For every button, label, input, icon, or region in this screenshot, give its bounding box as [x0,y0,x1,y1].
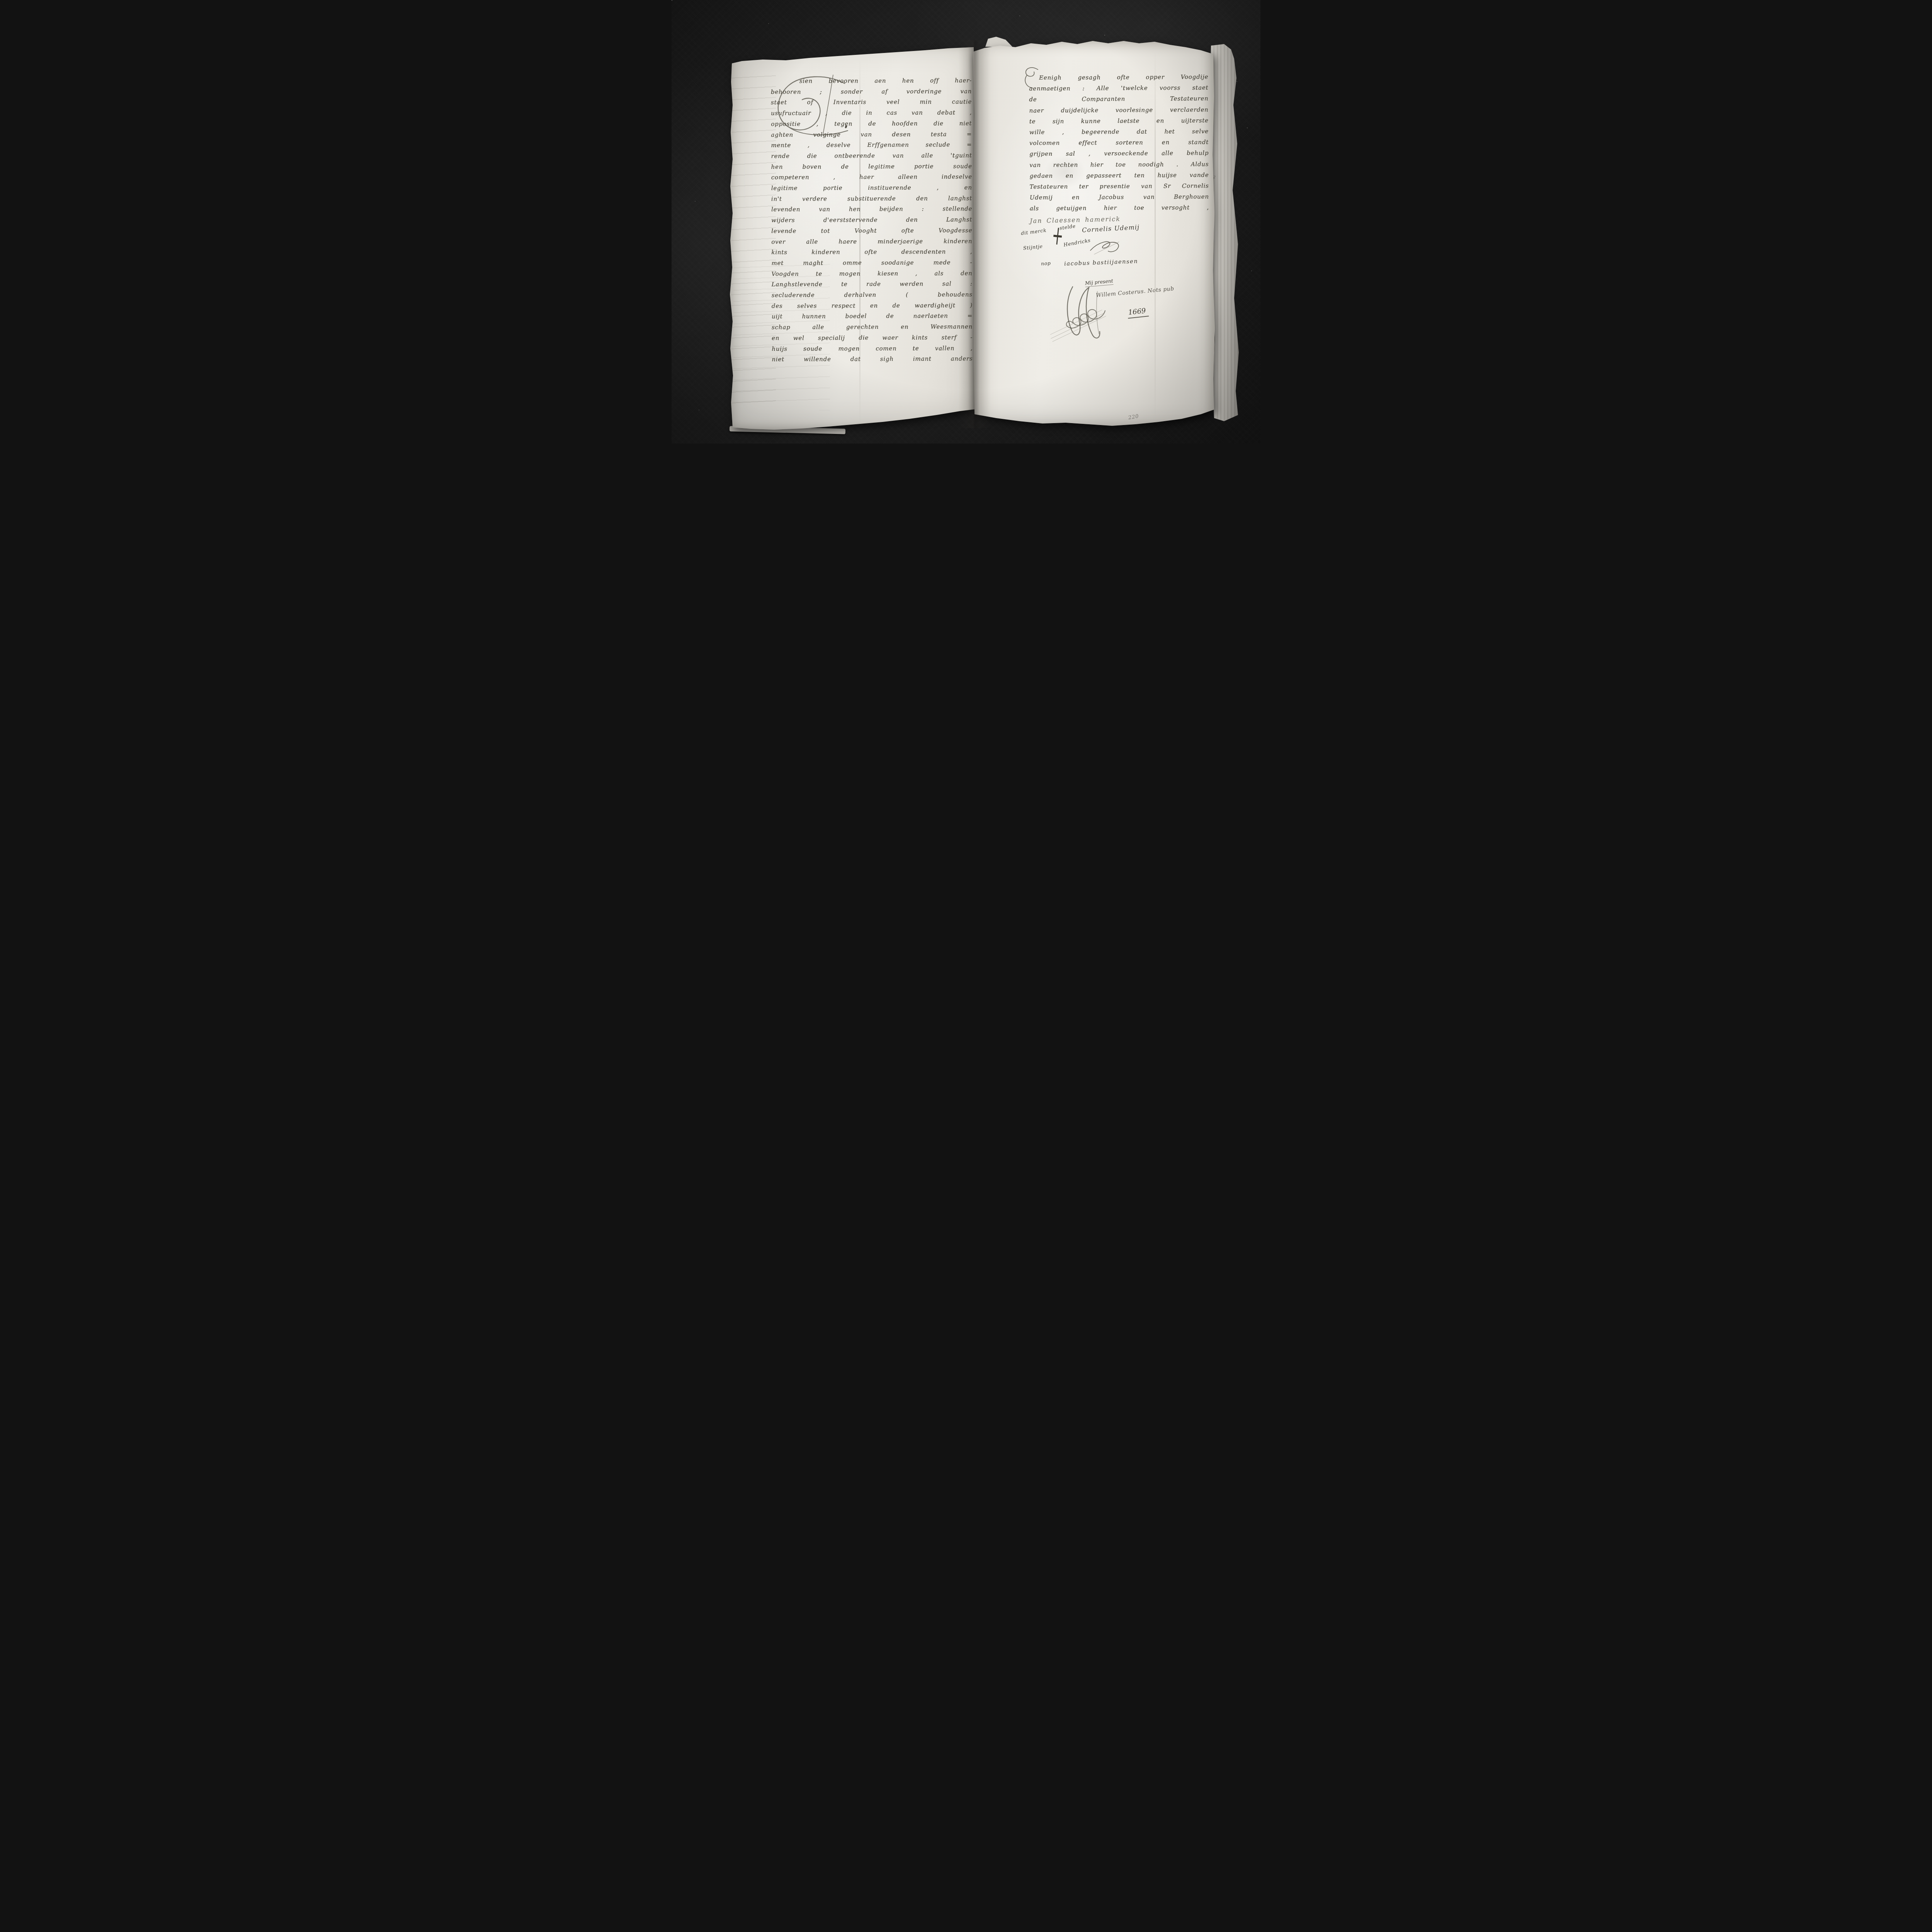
manuscript-line: gedaen en gepasseert ten huijse vande [1029,170,1209,182]
manuscript-line: uijt hunnen boedel de naerlaeten = [772,311,973,323]
manuscript-line: Langhstlevende te rade werden sal : [772,279,973,290]
notary-flourish-icon [1050,304,1108,343]
left-page-wrap: sien bevooren aen hen off haer-behooren … [728,43,975,430]
right-page-text: Eenigh gesagh ofte opper Voogdijeaenmaet… [1029,71,1209,225]
manuscript-line: des selves respect en de waerdigheijt ) [772,300,973,312]
manuscript-line: sien bevooren aen hen off haer- [771,75,972,87]
manuscript-line: hen boven de legitime portie soude [771,161,972,173]
marker-last-name: Hendricks [1063,237,1091,248]
left-page: sien bevooren aen hen off haer-behooren … [728,43,975,430]
marker-first-name: Stijntje [1023,243,1043,251]
archival-photo: 32 sien bevooren aen hen off haer-behoor… [672,0,1260,444]
page-number: 220 [1128,413,1139,421]
manuscript-line: in't verdere substituerende den langhst [771,193,972,205]
dust-specks [672,0,672,1]
manuscript-line: competeren , haer alleen indeselve [771,172,972,183]
cross-mark-icon: + [1051,219,1065,252]
manuscript-line: te sijn kunne laetste en uijterste [1029,115,1209,127]
right-page-wrap: Eenigh gesagh ofte opper Voogdijeaenmaet… [973,39,1216,430]
manuscript-line: Voogden te mogen kiesen , als den [771,268,972,280]
manuscript-line: wijders d'eerststervende den Langhst [771,214,972,226]
manuscript-line: schap alle gerechten en Weesmannen [772,321,973,333]
manuscript-line: levende tot Vooght ofte Voogdesse [771,225,972,237]
manuscript-line: en wel specialij die waer kints sterf - [772,332,973,344]
manuscript-line: van rechten hier toe noodigh . Aldus [1029,158,1209,170]
year: 1669 [1127,306,1149,318]
left-page-text: sien bevooren aen hen off haer-behooren … [771,75,973,365]
manuscript-line: Udemij en Jacobus van Berghouen [1030,191,1209,203]
manuscript-line: grijpen sal , versoeckende alle behulp [1029,148,1209,160]
manuscript-line: huijs soude mogen comen te vallen , [772,343,973,355]
manuscript-line: oppositie , tegen de hoofden die niet [771,118,972,130]
manuscript-line: wille , begeerende dat het selve [1029,126,1209,138]
manuscript-line: levenden van hen beijden : stellende [771,204,972,216]
manuscript-line: de Comparanten Testateuren [1029,93,1208,105]
manuscript-line: legitime portie instituerende , en [771,182,972,194]
manuscript-line: behooren ; sonder af vorderinge van [771,86,972,98]
manuscript-line: Testateuren ter presentie van Sr Corneli… [1029,180,1209,192]
manuscript-line: naer duijdelijcke voorlesinge verclaerde… [1029,104,1208,116]
right-page: Eenigh gesagh ofte opper Voogdijeaenmaet… [973,39,1216,430]
manuscript-line: staet of Inventaris veel min cautie [771,97,972,109]
manuscript-line: aenmaetigen : Alle 'twelcke voorss staet [1029,82,1208,94]
manuscript-line: Eenigh gesagh ofte opper Voogdije [1029,71,1208,83]
manuscript-line: usufructuair , die in cas van debat , [771,107,972,119]
manuscript-line: niet willende dat sigh imant anders [772,354,973,365]
manuscript-line: secluderende derhalven ( behoudens [772,289,973,301]
manuscript-line: aghten volginge van desen testa = [771,129,972,141]
manuscript-line: mente , deselve Erffgenamen seclude = [771,139,972,151]
manuscript-line: volcomen effect sorteren en standt [1029,137,1209,149]
manuscript-line: met maght omme soodanige mede - [771,257,972,269]
signature-paraph-icon [1089,237,1124,256]
manuscript-line: over alle haere minderjaerige kinderen [771,236,972,248]
mark-note: nop [1041,260,1051,267]
manuscript-line: rende die ontbeerende van alle 'tguint [771,150,972,162]
manuscript-line: kints kinderen ofte descendenten , [771,247,972,258]
mark-caption: dit merck [1020,227,1047,236]
